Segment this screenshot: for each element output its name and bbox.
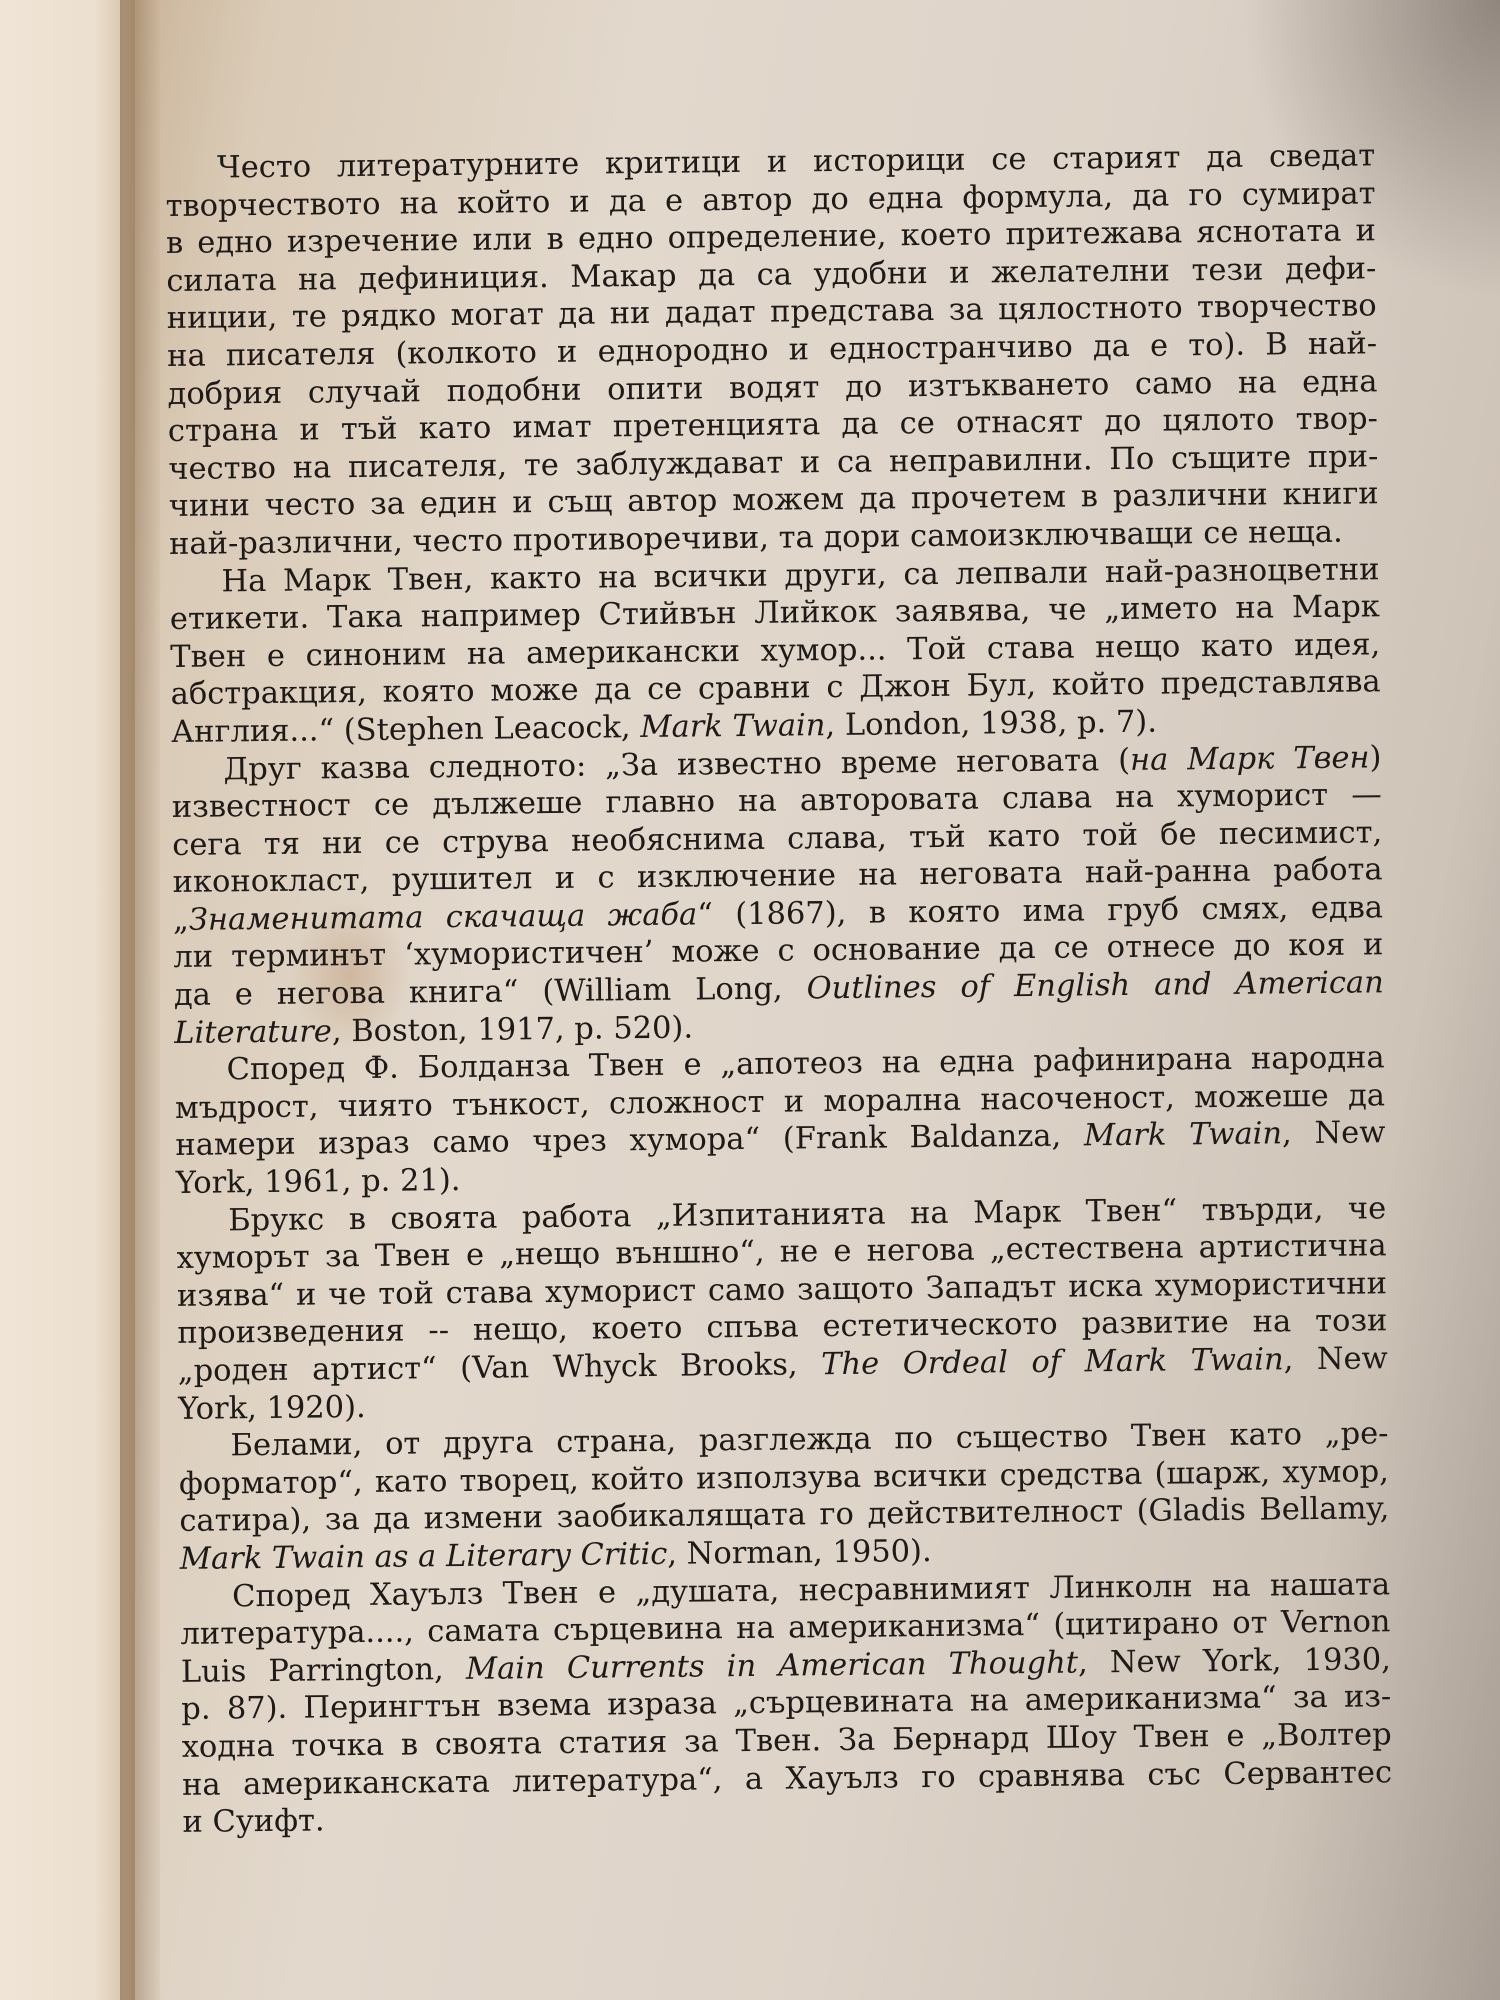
paragraph-7: Според Хауълз Твен е „душата, несравними… bbox=[180, 1566, 1393, 1842]
book-gutter bbox=[120, 0, 160, 2000]
paragraph-5: Брукс в своята работа „Изпитанията на Ма… bbox=[176, 1190, 1388, 1428]
paragraph-1: Често литературните критици и историци с… bbox=[165, 137, 1379, 563]
paragraph-6: Белами, от друга страна, разглежда по съ… bbox=[178, 1415, 1390, 1578]
book-photo: Често литературните критици и историци с… bbox=[0, 0, 1500, 2000]
paragraph-4: Според Ф. Болданза Твен е „апотеоз на ед… bbox=[174, 1040, 1386, 1203]
left-page-edge bbox=[0, 0, 135, 2000]
paragraph-3: Друг казва следното: „За известно време … bbox=[171, 739, 1384, 1052]
paragraph-2: На Марк Твен, както на всички други, са … bbox=[169, 551, 1381, 752]
page-text: Често литературните критици и историци с… bbox=[165, 137, 1393, 1841]
